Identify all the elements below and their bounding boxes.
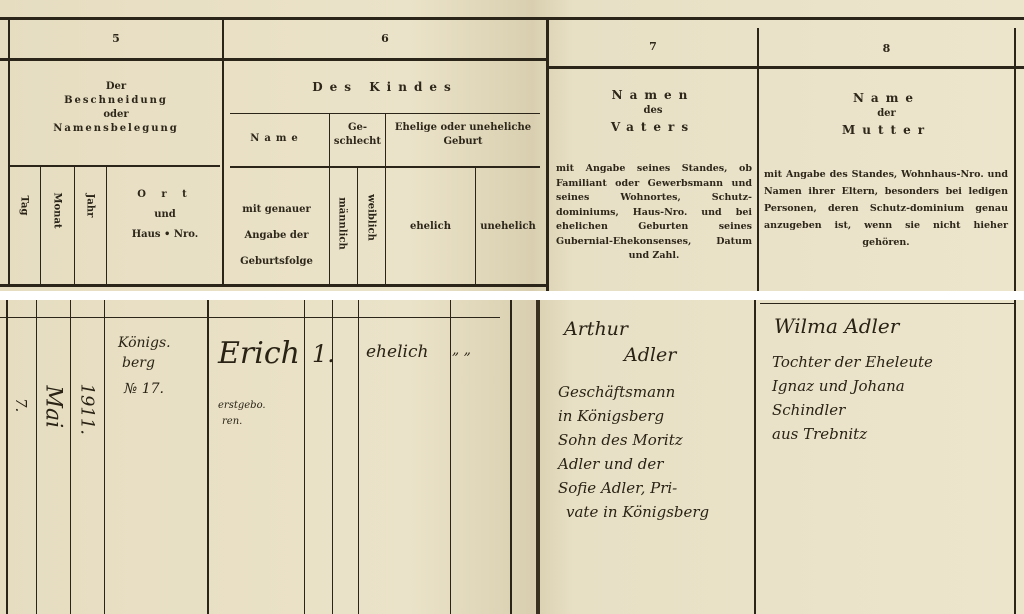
entry-ehelich: ehelich: [366, 342, 428, 362]
header-bottom-rule: [0, 284, 548, 287]
jahr-label: Jahr: [85, 186, 96, 226]
entry-ehelich-unehelich-divider: [450, 300, 451, 614]
col7-col8-divider: [757, 28, 759, 292]
col5-sub-rule: [10, 165, 220, 167]
maennlich-label: männlich: [337, 196, 348, 252]
entry-jahr-ort-divider: [104, 300, 105, 614]
monat-jahr-divider: [74, 167, 75, 285]
entry-tag-monat-divider: [36, 300, 37, 614]
jahr-ort-divider: [106, 167, 107, 285]
col-number-8: 8: [759, 42, 1014, 55]
entry-left-border: [6, 300, 8, 614]
entry-mother-details: Tochter der Eheleute Ignaz und Johana Sc…: [772, 350, 933, 446]
entry-monat: Mai: [41, 386, 66, 436]
page-gutter-left: [546, 17, 549, 292]
scan-separator: [0, 291, 1024, 300]
geschlecht-label: Ge- schlecht: [330, 121, 385, 149]
entry-father-details: Geschäftsmann in Königsberg Sohn des Mor…: [558, 380, 709, 524]
name-label: Name: [224, 132, 329, 146]
m-w-divider: [357, 167, 358, 285]
entry-father: Arthur Adler: [564, 316, 676, 368]
entry-top-rule: [0, 317, 500, 318]
col7-description: mit Angabe seines Standes, ob Familiant …: [556, 162, 752, 264]
right-border: [1014, 28, 1016, 292]
col8-title: Name der Mutter: [759, 91, 1014, 137]
col7-title: Namen des Vaters: [549, 88, 757, 134]
col-number-5: 5: [10, 32, 222, 45]
col5-title: Der Beschneidung oder Namensbelegung: [10, 80, 222, 136]
left-border: [8, 17, 10, 287]
entry-w-ehelich-divider: [358, 300, 359, 614]
col6-title: Des Kindes: [224, 80, 546, 94]
entry-maennlich: 1.: [312, 340, 335, 368]
col-number-7: 7: [549, 40, 757, 53]
ehelich-label: ehelich: [386, 220, 475, 234]
entry-mother-name: Wilma Adler: [774, 314, 899, 338]
entry-page-gutter: [536, 300, 540, 614]
number-row-rule-right: [548, 66, 1024, 69]
ort-label: O r t und Haus • Nro.: [108, 188, 222, 242]
number-row-rule-left: [0, 58, 548, 61]
unehelich-label: unehelich: [476, 220, 540, 234]
tag-label: Tag: [19, 186, 30, 226]
entry-child-order: erstgebo. ren.: [218, 398, 266, 430]
entry-name-m-divider: [304, 300, 305, 614]
entry-col5-col6-divider: [207, 300, 209, 614]
entry-col6-right-border: [510, 300, 512, 614]
entry-jahr: 1911.: [77, 384, 98, 434]
top-rule: [0, 17, 1024, 20]
monat-label: Monat: [52, 190, 63, 232]
entry-ort: Königs. berg № 17.: [118, 333, 171, 399]
weiblich-label: weiblich: [366, 190, 377, 246]
entry-monat-jahr-divider: [70, 300, 71, 614]
entry-right-border: [1014, 300, 1016, 614]
entry-child-name: Erich: [218, 336, 300, 371]
entry-ehelich-ditto: „ „: [452, 342, 471, 358]
col8-description: mit Angabe des Standes, Wohnhaus-Nro. un…: [764, 166, 1008, 251]
ehelig-header: Ehelige oder uneheliche Geburt: [386, 121, 540, 149]
tag-monat-divider: [40, 167, 41, 285]
entry-top-rule-right: [760, 303, 1014, 304]
entry-tag: 7.: [12, 398, 30, 428]
col-number-6: 6: [224, 32, 546, 45]
entry-col7-col8-divider: [754, 300, 756, 614]
name-sub-label: mit genauer Angabe der Geburtsfolge: [224, 197, 329, 275]
